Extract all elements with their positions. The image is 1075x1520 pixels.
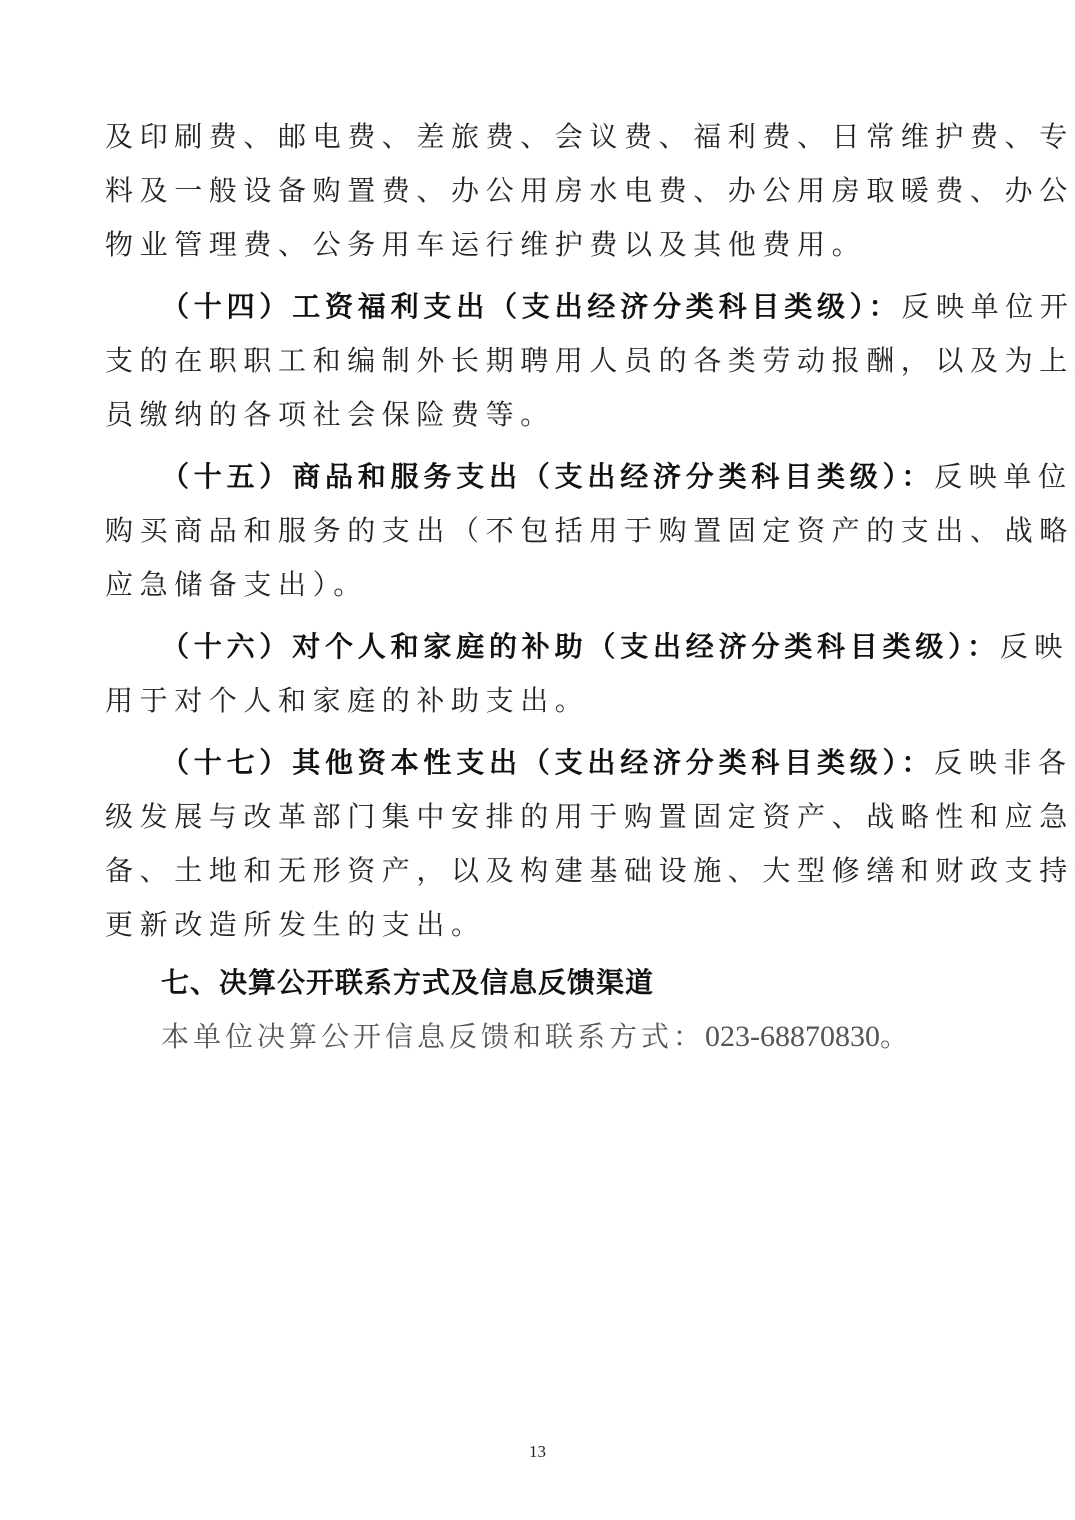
paragraph-line: 备、土地和无形资产，以及构建基础设施、大型修缮和财政支持企业 xyxy=(105,844,971,898)
item-first-line: （十七）其他资本性支出（支出经济分类科目类级）：反映非各 xyxy=(105,736,971,790)
item-text: 反映单位开 xyxy=(901,290,1074,323)
item-text: 反映非各 xyxy=(934,746,1072,779)
section-heading: 七、决算公开联系方式及信息反馈渠道 xyxy=(105,956,971,1010)
item-text: 反映 xyxy=(1000,630,1069,663)
paragraph-line: 支的在职职工和编制外长期聘用人员的各类劳动报酬，以及为上述人 xyxy=(105,334,971,388)
item-heading: （十六）对个人和家庭的补助（支出经济分类科目类级）： xyxy=(161,630,1000,663)
item-sixteen: （十六）对个人和家庭的补助（支出经济分类科目类级）：反映 用于对个人和家庭的补助… xyxy=(105,620,971,728)
contact-end: 。 xyxy=(880,1020,912,1053)
contact-number: 023-68870830 xyxy=(705,1020,880,1053)
paragraph-line: 及印刷费、邮电费、差旅费、会议费、福利费、日常维护费、专用材 xyxy=(105,110,971,164)
item-fourteen: （十四）工资福利支出（支出经济分类科目类级）：反映单位开 支的在职职工和编制外长… xyxy=(105,280,971,442)
item-first-line: （十四）工资福利支出（支出经济分类科目类级）：反映单位开 xyxy=(105,280,971,334)
item-heading: （十四）工资福利支出（支出经济分类科目类级）： xyxy=(161,290,901,323)
document-page: 及印刷费、邮电费、差旅费、会议费、福利费、日常维护费、专用材 料及一般设备购置费… xyxy=(105,110,971,1064)
section-seven: 七、决算公开联系方式及信息反馈渠道 本单位决算公开信息反馈和联系方式：023-6… xyxy=(105,956,971,1064)
item-first-line: （十五）商品和服务支出（支出经济分类科目类级）：反映单位 xyxy=(105,450,971,504)
item-first-line: （十六）对个人和家庭的补助（支出经济分类科目类级）：反映 xyxy=(105,620,971,674)
paragraph-line: 应急储备支出）。 xyxy=(105,558,971,612)
item-seventeen: （十七）其他资本性支出（支出经济分类科目类级）：反映非各 级发展与改革部门集中安… xyxy=(105,736,971,952)
continuation-paragraph: 及印刷费、邮电费、差旅费、会议费、福利费、日常维护费、专用材 料及一般设备购置费… xyxy=(105,110,971,272)
paragraph-line: 料及一般设备购置费、办公用房水电费、办公用房取暖费、办公用房 xyxy=(105,164,971,218)
page-number: 13 xyxy=(0,1442,1075,1462)
contact-line: 本单位决算公开信息反馈和联系方式：023-68870830。 xyxy=(105,1010,971,1064)
paragraph-line: 更新改造所发生的支出。 xyxy=(105,898,971,952)
paragraph-line: 物业管理费、公务用车运行维护费以及其他费用。 xyxy=(105,218,971,272)
item-heading: （十五）商品和服务支出（支出经济分类科目类级）： xyxy=(161,460,934,493)
item-text: 反映单位 xyxy=(934,460,1072,493)
paragraph-line: 员缴纳的各项社会保险费等。 xyxy=(105,388,971,442)
paragraph-line: 级发展与改革部门集中安排的用于购置固定资产、战略性和应急性储 xyxy=(105,790,971,844)
paragraph-line: 购买商品和服务的支出（不包括用于购置固定资产的支出、战略性和 xyxy=(105,504,971,558)
item-fifteen: （十五）商品和服务支出（支出经济分类科目类级）：反映单位 购买商品和服务的支出（… xyxy=(105,450,971,612)
contact-label: 本单位决算公开信息反馈和联系方式： xyxy=(161,1020,705,1053)
item-heading: （十七）其他资本性支出（支出经济分类科目类级）： xyxy=(161,746,934,779)
paragraph-line: 用于对个人和家庭的补助支出。 xyxy=(105,674,971,728)
